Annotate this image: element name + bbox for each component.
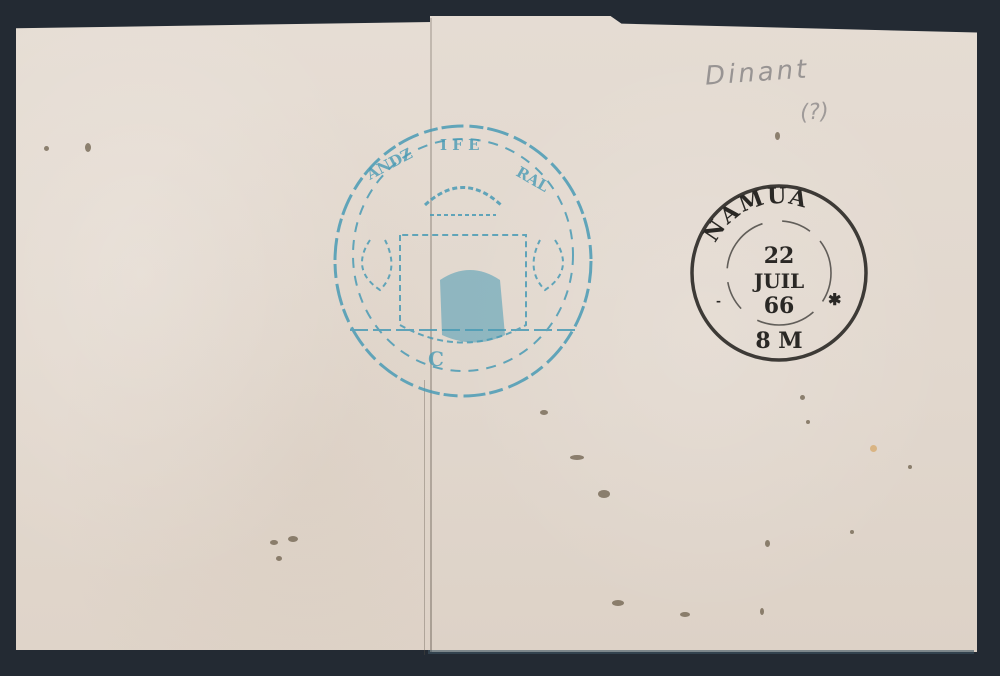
postmark-time: 8 M — [755, 328, 802, 354]
svg-text:I F E: I F E — [440, 136, 480, 154]
bottom-edge-shadow — [428, 650, 974, 654]
postmark-month: JUIL — [752, 269, 804, 293]
postmark-day: 22 — [764, 243, 795, 269]
foxing-speck — [288, 536, 298, 542]
manuscript-note-2: (?) — [799, 99, 830, 126]
foxing-speck — [276, 556, 282, 561]
postmark-year: 66 — [764, 293, 795, 319]
foxing-speck — [870, 445, 877, 452]
foxing-speck — [540, 410, 548, 415]
foxing-speck — [800, 395, 805, 400]
svg-text:RAL: RAL — [513, 163, 552, 196]
letter-cover: Dinant (?) — [0, 0, 1000, 676]
foxing-speck — [775, 132, 780, 140]
foxing-speck — [85, 143, 91, 152]
foxing-speck — [570, 455, 584, 460]
foxing-speck — [270, 540, 278, 545]
svg-text:C: C — [428, 347, 444, 371]
foxing-speck — [44, 146, 49, 151]
foxing-speck — [765, 540, 770, 547]
postal-cover-scene: Dinant (?) — [0, 0, 1000, 676]
foxing-speck — [680, 612, 690, 617]
foxing-speck — [850, 530, 854, 534]
svg-text:-: - — [716, 294, 721, 308]
svg-text:✱: ✱ — [828, 290, 841, 309]
foxing-speck — [760, 608, 764, 615]
foxing-speck — [598, 490, 610, 498]
foxing-speck — [908, 465, 912, 469]
blue-coat-of-arms-seal: ANDZ I F E RAL C — [330, 120, 596, 402]
foxing-speck — [806, 420, 810, 424]
black-date-postmark: NAMUA 22 JUIL 66 8 M ✱ - — [688, 183, 870, 363]
fold-line-secondary — [424, 380, 425, 655]
foxing-speck — [612, 600, 624, 606]
